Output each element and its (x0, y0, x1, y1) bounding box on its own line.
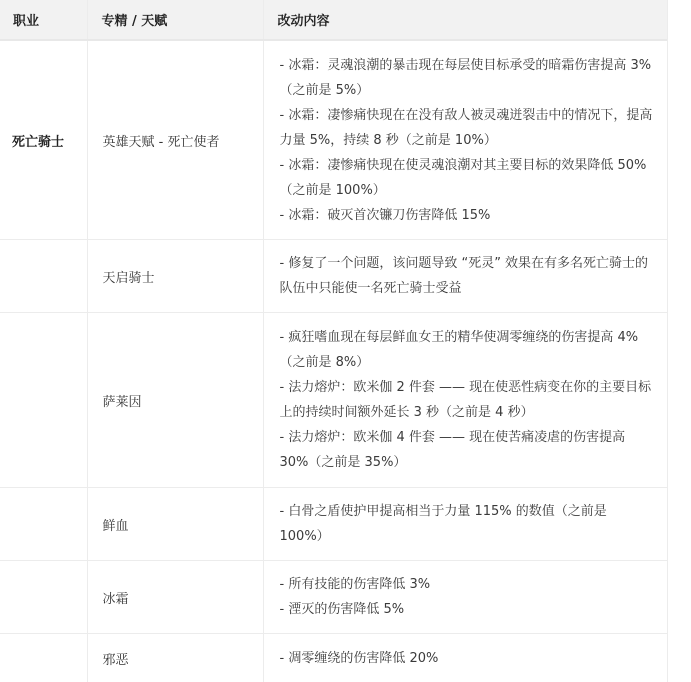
change-item: - 凋零缠绕的伤害降低 20% (280, 646, 654, 671)
change-item: - 冰霜：破灭首次镰刀伤害降低 15% (280, 203, 654, 228)
changes-cell: - 冰霜：灵魂浪潮的暴击现在每层使目标承受的暗霜伤害提高 3%（之前是 5%） … (263, 40, 667, 240)
header-spec: 专精 / 天赋 (87, 0, 263, 40)
changes-cell: - 所有技能的伤害降低 3% - 湮灭的伤害降低 5% (263, 561, 667, 634)
class-cell (0, 488, 87, 561)
patch-notes-table-container: 职业 专精 / 天赋 改动内容 死亡骑士 英雄天赋 - 死亡使者 - 冰霜：灵魂… (0, 0, 668, 682)
spec-cell: 冰霜 (87, 561, 263, 634)
changes-cell: - 修复了一个问题，该问题导致 “死灵” 效果在有多名死亡骑士的队伍中只能使一名… (263, 240, 667, 313)
table-body: 死亡骑士 英雄天赋 - 死亡使者 - 冰霜：灵魂浪潮的暴击现在每层使目标承受的暗… (0, 40, 667, 682)
spec-cell: 天启骑士 (87, 240, 263, 313)
changes-cell: - 白骨之盾使护甲提高相当于力量 115% 的数值（之前是 100%） (263, 488, 667, 561)
change-item: - 冰霜：凄惨痛快现在使灵魂浪潮对其主要目标的效果降低 50%（之前是 100%… (280, 153, 654, 203)
spec-cell: 鲜血 (87, 488, 263, 561)
table-row: 邪恶 - 凋零缠绕的伤害降低 20% (0, 634, 667, 682)
class-cell (0, 313, 87, 488)
spec-cell: 邪恶 (87, 634, 263, 682)
change-item: - 法力熔炉：欧米伽 4 件套 —— 现在使苦痛凌虐的伤害提高 30%（之前是 … (280, 425, 654, 475)
changes-cell: - 凋零缠绕的伤害降低 20% (263, 634, 667, 682)
class-cell (0, 561, 87, 634)
table-header: 职业 专精 / 天赋 改动内容 (0, 0, 667, 40)
changes-cell: - 疯狂嗜血现在每层鲜血女王的精华使凋零缠绕的伤害提高 4%（之前是 8%） -… (263, 313, 667, 488)
header-row: 职业 专精 / 天赋 改动内容 (0, 0, 667, 40)
change-item: - 所有技能的伤害降低 3% (280, 572, 654, 597)
table-row: 萨莱因 - 疯狂嗜血现在每层鲜血女王的精华使凋零缠绕的伤害提高 4%（之前是 8… (0, 313, 667, 488)
change-item: - 冰霜：灵魂浪潮的暴击现在每层使目标承受的暗霜伤害提高 3%（之前是 5%） (280, 53, 654, 103)
change-item: - 疯狂嗜血现在每层鲜血女王的精华使凋零缠绕的伤害提高 4%（之前是 8%） (280, 325, 654, 375)
patch-notes-table: 职业 专精 / 天赋 改动内容 死亡骑士 英雄天赋 - 死亡使者 - 冰霜：灵魂… (0, 0, 667, 682)
header-changes: 改动内容 (263, 0, 667, 40)
class-cell (0, 240, 87, 313)
table-row: 天启骑士 - 修复了一个问题，该问题导致 “死灵” 效果在有多名死亡骑士的队伍中… (0, 240, 667, 313)
class-cell: 死亡骑士 (0, 40, 87, 240)
change-item: - 法力熔炉：欧米伽 2 件套 —— 现在使恶性病变在你的主要目标上的持续时间额… (280, 375, 654, 425)
spec-cell: 英雄天赋 - 死亡使者 (87, 40, 263, 240)
spec-cell: 萨莱因 (87, 313, 263, 488)
table-row: 冰霜 - 所有技能的伤害降低 3% - 湮灭的伤害降低 5% (0, 561, 667, 634)
change-item: - 湮灭的伤害降低 5% (280, 597, 654, 622)
table-row: 死亡骑士 英雄天赋 - 死亡使者 - 冰霜：灵魂浪潮的暴击现在每层使目标承受的暗… (0, 40, 667, 240)
table-row: 鲜血 - 白骨之盾使护甲提高相当于力量 115% 的数值（之前是 100%） (0, 488, 667, 561)
change-item: - 白骨之盾使护甲提高相当于力量 115% 的数值（之前是 100%） (280, 499, 654, 549)
class-cell (0, 634, 87, 682)
change-item: - 修复了一个问题，该问题导致 “死灵” 效果在有多名死亡骑士的队伍中只能使一名… (280, 251, 654, 301)
change-item: - 冰霜：凄惨痛快现在在没有敌人被灵魂迸裂击中的情况下，提高力量 5%，持续 8… (280, 103, 654, 153)
header-class: 职业 (0, 0, 87, 40)
